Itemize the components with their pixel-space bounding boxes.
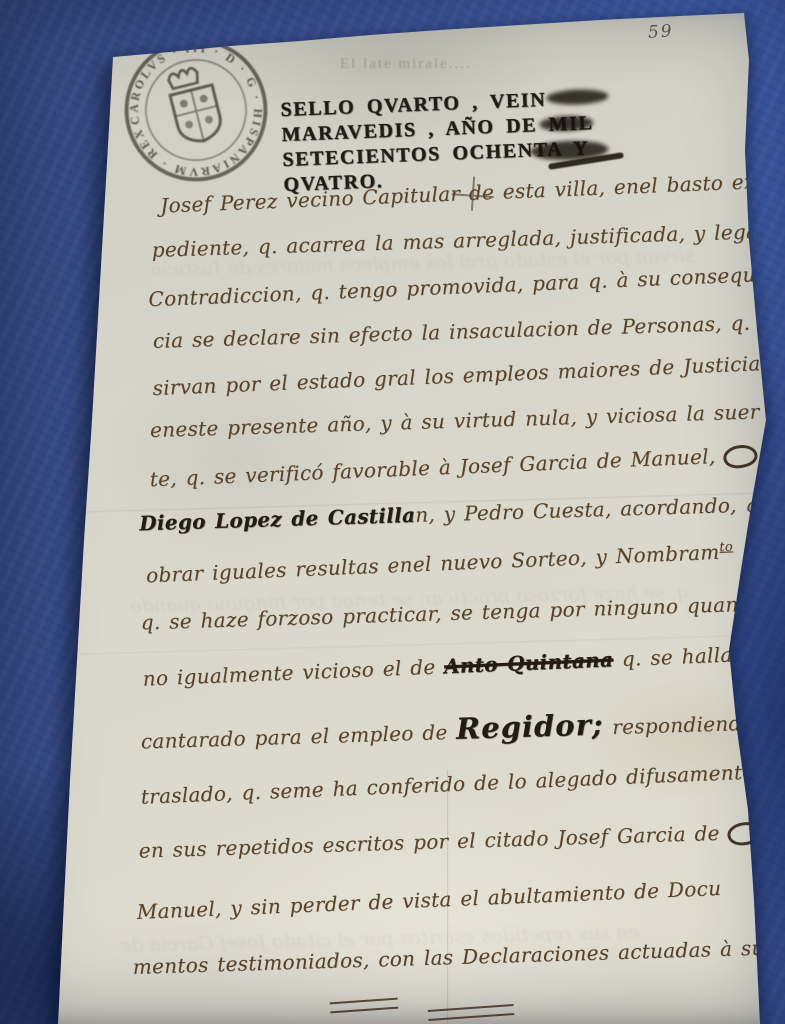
manuscript-line: te, q. se verificó favorable à Josef Gar… xyxy=(149,442,758,492)
line-text: obrar iguales resultas enel nuevo Sorteo… xyxy=(146,540,720,588)
line-text: q. se haze forzoso practicar, se tenga p… xyxy=(140,591,764,634)
photo-of-manuscript: sirvan por el estado gral los empleos ma… xyxy=(0,0,785,1024)
line-text: en sus repetidos escritos por el citado … xyxy=(138,821,720,863)
line-text: Contradiccion, q. tengo promovida, para … xyxy=(148,261,781,311)
line-text: sirvan por el estado gral los empleos ma… xyxy=(152,351,761,400)
superscript-abbreviation: to xyxy=(719,540,733,556)
manuscript-line: sirvan por el estado gral los empleos ma… xyxy=(152,351,761,400)
line-text: no igualmente vicioso el de xyxy=(142,654,444,690)
line-text: mentos testimoniados, con las Declaracio… xyxy=(132,936,765,979)
line-text: pediente, q. acarrea la mas arreglada, j… xyxy=(151,219,765,262)
manuscript-line: q. se haze forzoso practicar, se tenga p… xyxy=(140,591,764,634)
manuscript-text: Josef Perez vecino Capitular de esta vil… xyxy=(0,0,785,1024)
line-text: eneste presente año, y à su virtud nula,… xyxy=(150,399,760,442)
overwritten-office-word: Regidor; xyxy=(456,707,604,745)
manuscript-line: obrar iguales resultas enel nuevo Sorteo… xyxy=(146,539,734,587)
manuscript-line: Manuel, y sin perder de vista el abultam… xyxy=(136,876,721,924)
line-text: cia se declare sin efecto la insaculacio… xyxy=(153,311,751,353)
line-text: n, y Pedro Cuesta, acordando, q. para xyxy=(415,491,785,527)
line-text: traslado, q. seme ha conferido de lo ale… xyxy=(140,760,754,809)
line-text: q. se halla en xyxy=(613,641,767,671)
manuscript-line: Josef Perez vecino Capitular de esta vil… xyxy=(160,169,756,217)
manuscript-line: no igualmente vicioso el de Anto Quintan… xyxy=(142,641,767,691)
paper-shadow-wrap: sirvan por el estado gral los empleos ma… xyxy=(0,0,785,1024)
manuscript-line: mentos testimoniados, con las Declaracio… xyxy=(132,936,765,979)
line-text: te, q. se verificó favorable à Josef Gar… xyxy=(149,444,716,491)
pen-flourish-icon xyxy=(726,818,764,848)
manuscript-line: cantarado para el empleo de Regidor; res… xyxy=(140,702,782,756)
manuscript-line: en sus repetidos escritos por el citado … xyxy=(138,820,762,864)
overwritten-name: Diego Lopez de Castilla xyxy=(139,503,416,535)
manuscript-line: Contradiccion, q. tengo promovida, para … xyxy=(148,261,781,311)
manuscript-line: cia se declare sin efecto la insaculacio… xyxy=(153,311,751,353)
manuscript-line: traslado, q. seme ha conferido de lo ale… xyxy=(140,760,754,809)
line-text: cantarado para el empleo de xyxy=(141,720,457,754)
line-text: Josef Perez vecino Capitular de esta vil… xyxy=(160,169,756,217)
line-text: respondiendo al xyxy=(603,710,782,739)
manuscript-line: pediente, q. acarrea la mas arreglada, j… xyxy=(151,219,765,262)
manuscript-line: eneste presente año, y à su virtud nula,… xyxy=(150,399,760,442)
manuscript-line: Diego Lopez de Castillan, y Pedro Cuesta… xyxy=(139,491,785,536)
manuscript-paper: sirvan por el estado gral los empleos ma… xyxy=(0,0,785,1024)
line-text: Manuel, y sin perder de vista el abultam… xyxy=(136,876,721,924)
struck-through-name: Anto Quintana xyxy=(444,647,614,678)
pen-flourish-icon xyxy=(721,441,760,472)
